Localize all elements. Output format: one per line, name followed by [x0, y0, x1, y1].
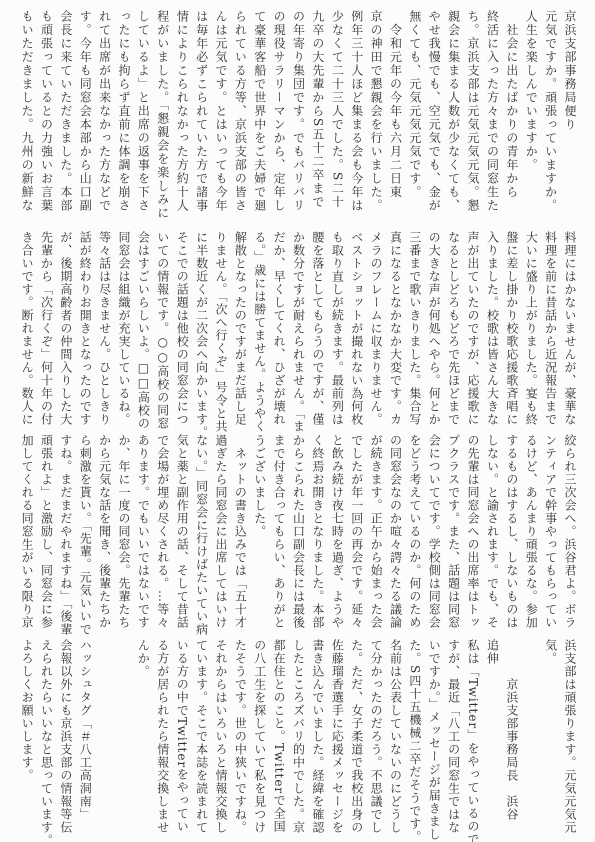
text-column: に半数近くが二次会へ向かいます。 [191, 231, 210, 428]
text-column: メラのフレームに収まりません。 [366, 231, 385, 428]
text-column: んは元気です。とはいっても今年 [211, 10, 230, 214]
text-column: すね。まだまだやれますね」「後輩 [55, 434, 74, 631]
text-column: 会報以外にも京浜支部の情報等伝 [55, 639, 74, 836]
text-column: る。」歳には勝てません。ようやく [249, 231, 268, 428]
text-column: するものはするし、しないものは [501, 434, 520, 631]
text-column: 同窓会は組織が充実しているね。 [114, 231, 133, 428]
text-column: 真になるとなかなか大変です。カ [385, 231, 404, 428]
text-column: 程がいました。「懇親会を楽しみに [152, 10, 171, 214]
text-column: しない。と諭されます。でも、そ [482, 434, 501, 631]
text-column: 親会に集まる人数が少なくても、 [443, 10, 462, 214]
text-column [94, 639, 113, 836]
text-column: たそうです。世の中狭いですね。 [230, 639, 249, 836]
text-column: れて出席が出来なかった方などで [94, 10, 113, 214]
text-column: 京の神田で懇親会を行いました。 [366, 10, 385, 214]
text-column: が、後期高齢者の仲間入りした大 [55, 231, 74, 428]
text-column: 京浜支部事務局便り [560, 10, 579, 214]
text-column: そこでの話題は他校の同窓会につ [172, 231, 191, 428]
text-column: 入りました。校歌は皆さん大きな [482, 231, 501, 428]
text-column: て豪華客船で世界中をご夫婦で廻 [249, 10, 268, 214]
text-column: 等々話は尽きません。ひとしきり [94, 231, 113, 428]
text-column: 令和元年の今年も六月二日東 [385, 10, 404, 214]
text-column: の年寄り集団です。でもバリバリ [288, 10, 307, 214]
text-column: 浜支部は頑張ります。元気元気元 [560, 639, 579, 836]
text-column: く終焉お開きとなりました。本部 [308, 434, 327, 631]
text-column: 会長に来ていただきました。本部 [55, 10, 74, 214]
text-column: も頑張っているとの力強いお言葉 [36, 10, 55, 214]
text-column: 終活に入った方々までの同窓生た [482, 10, 501, 214]
text-column: 加してくれる同窓生がいる限り京 [17, 434, 36, 631]
text-column: ベストショットが撮れない為何枚 [346, 231, 365, 428]
text-column: か、年に一度の同窓会。先輩たち [114, 434, 133, 631]
text-column: もいただきました。九州の新鮮な [17, 10, 36, 214]
text-column: ンティアで幹事やってもらってい [540, 434, 559, 631]
text-column: やせ我慢でも、空元気でも、金が [424, 10, 443, 214]
text-column: 京浜支部事務局長 浜谷 [501, 639, 520, 836]
text-column: 料理にはかないませんが、豪華な [560, 231, 579, 428]
text-column: 佐藤瑠香選手に応援メッセージを [327, 639, 346, 836]
text-column: ら刺激を貰い。「先輩。元気いいで [75, 434, 94, 631]
text-column: いての情報です。○○高校の同窓 [152, 231, 171, 428]
text-column: なるとしどろもどろで先ほどまで [443, 231, 462, 428]
text-column: の八工生を探していて私を見つけ [249, 639, 268, 836]
text-band-1: 京浜支部事務局便り元気ですか。頑張っていますか。人生を楽しんでいますか。 社会に… [14, 10, 579, 214]
text-column: 追伸 [482, 639, 501, 836]
text-column: 頑張れよ」と激励し、同窓会に参 [36, 434, 55, 631]
text-column: 書き込んでいました。経緯を確認 [308, 639, 327, 836]
text-column: でしたが年一回の再会です。延々 [346, 434, 365, 631]
text-column: 過ぎたら同窓会に出席してはいけ [211, 434, 230, 631]
text-column: るけど、あんまり頑張るな。参加 [521, 434, 540, 631]
text-column: 私は「Twitter」をやっているので [463, 639, 482, 836]
text-column: 情によりこられなかった方約十人 [172, 10, 191, 214]
text-column: 腰を落としてもらうのですが、僅 [308, 231, 327, 428]
text-column: 例年三十人ほど集まる会も今年は [346, 10, 365, 214]
text-column: ない。」同窓会に行けばたいてい病 [191, 434, 210, 631]
newsletter-page: 京浜支部事務局便り元気ですか。頑張っていますか。人生を楽しんでいますか。 社会に… [0, 0, 595, 842]
text-column: 話が終わりお開きとなったのです [75, 231, 94, 428]
text-column: 声が出ていたのですが、応援歌に [463, 231, 482, 428]
text-column: りません。「次へ行くぞ」号令と共 [211, 231, 230, 428]
text-column: ったにも拘らず直前に体調を崩さ [114, 10, 133, 214]
text-column: 少なくて二十三人でした。S二十 [327, 10, 346, 214]
text-column: からこられた山口副会長には最後 [288, 434, 307, 631]
text-column: か数分ですが耐えられません。「ま [288, 231, 307, 428]
text-band-2: 料理にはかないませんが、豪華な料理を前に昔話から近況報告まで大いに盛り上がりまし… [14, 231, 579, 428]
text-column: 解散となったのですがまだ話し足 [230, 231, 249, 428]
text-column: したところズバリ的中でした。京 [288, 639, 307, 836]
text-column: の大きな声が何処へやら。何とか [424, 231, 443, 428]
text-column: 気と薬と副作用の話、そして昔話 [172, 434, 191, 631]
text-column: それからはいろいろと情報交換し [211, 639, 230, 836]
text-column: んか。 [133, 639, 152, 836]
text-column: は毎年必ずこられていた方で諸事 [191, 10, 210, 214]
text-column: 元気ですか。頑張っていますか。 [540, 10, 559, 214]
text-column: 料理を前に昔話から近況報告まで [540, 231, 559, 428]
text-column: いですか。」メッセージが届きまし [424, 639, 443, 836]
text-column: の現役サラリーマンから、定年し [269, 10, 288, 214]
text-column: うございました。 [249, 434, 268, 631]
text-column: 社会に出たばかりの青年から [501, 10, 520, 214]
text-column: の同窓会なのか喧々諤々たる議論 [385, 434, 404, 631]
text-column: と飲み続け夜七時を過ぎ、ようや [327, 434, 346, 631]
text-column: 三番まで歌いきりました。集合写 [404, 231, 423, 428]
text-band-4: 浜支部は頑張ります。元気元気元気。 京浜支部事務局長 浜谷追伸私は「Twitte… [14, 639, 579, 836]
text-column: えられたらいいなと思っています。 [36, 639, 55, 836]
text-column: す。今年も同窓会本部から山口副 [75, 10, 94, 214]
text-column: よろしくお願いします。 [17, 639, 36, 836]
text-column: で会場が埋め尽くされる。…等々 [152, 434, 171, 631]
text-column: 大いに盛り上がりました。宴も終 [521, 231, 540, 428]
text-column: る方が居られたら情報交換しませ [152, 639, 171, 836]
text-column: あります。でもいいではないです [133, 434, 152, 631]
text-column: られている方等、京浜支部の皆さ [230, 10, 249, 214]
text-column: しているよ」と出席の返事を下さ [133, 10, 152, 214]
text-column: 会はすごいらしいよ。□□高校の [133, 231, 152, 428]
text-column: ち。京浜支部は元気元気元気。懇 [463, 10, 482, 214]
text-column: 盤に差し掛かり校歌応援歌斉唱に [501, 231, 520, 428]
text-column: 会についてです。学校側は同窓会 [424, 434, 443, 631]
text-column: 先輩から「次行くぞ」何十年の付 [36, 231, 55, 428]
text-column [114, 639, 133, 836]
text-column: た。ただ、女子柔道で我校出身の [346, 639, 365, 836]
text-column: き合いです。断れません。数人に [17, 231, 36, 428]
text-column: だか、早くしてくれ、ひざが壊れ [269, 231, 288, 428]
text-column: すが、最近「八工の同窓生ではな [443, 639, 462, 836]
text-column: ネットの書き込みでは「五十才 [230, 434, 249, 631]
text-column: 九卒の大先輩からS五十二卒まで [308, 10, 327, 214]
text-column: 無くても、元気元気元気です。 [404, 10, 423, 214]
text-column: 名前は公表していないのにどうし [385, 639, 404, 836]
text-column: ハッシュタグ「＃八工高洞南」 [75, 639, 94, 836]
text-column: 人生を楽しんでいますか。 [521, 10, 540, 214]
text-column: 都在住とのこと。Twitterで全国 [269, 639, 288, 836]
text-band-3: 絞られ三次会へ。浜谷君よ。ボランティアで幹事やってもらっているけど、あんまり頑張… [14, 434, 579, 631]
text-column: て分かったのだろう。不思議でし [366, 639, 385, 836]
text-column: 気。 [540, 639, 559, 836]
text-column: 絞られ三次会へ。浜谷君よ。ボラ [560, 434, 579, 631]
text-column: た。S四十五機械二卒だそうです。 [404, 639, 423, 836]
text-column [521, 639, 540, 836]
text-column: プクラスです。また、話題は同窓 [443, 434, 462, 631]
text-column: いる方の中でTwitterをやってい [172, 639, 191, 836]
text-column: ています。そこで本誌を読まれて [191, 639, 210, 836]
text-column: から元気な話を聞き、後輩たちか [94, 434, 113, 631]
text-column: の先輩は同窓会への出席率はトッ [463, 434, 482, 631]
text-column: も取り直しが続きます。最前列は [327, 231, 346, 428]
text-column: をどう考えているのか。何のため [404, 434, 423, 631]
text-column: が続きます。正午から始まった会 [366, 434, 385, 631]
text-column: まで付き合ってもらい、ありがと [269, 434, 288, 631]
